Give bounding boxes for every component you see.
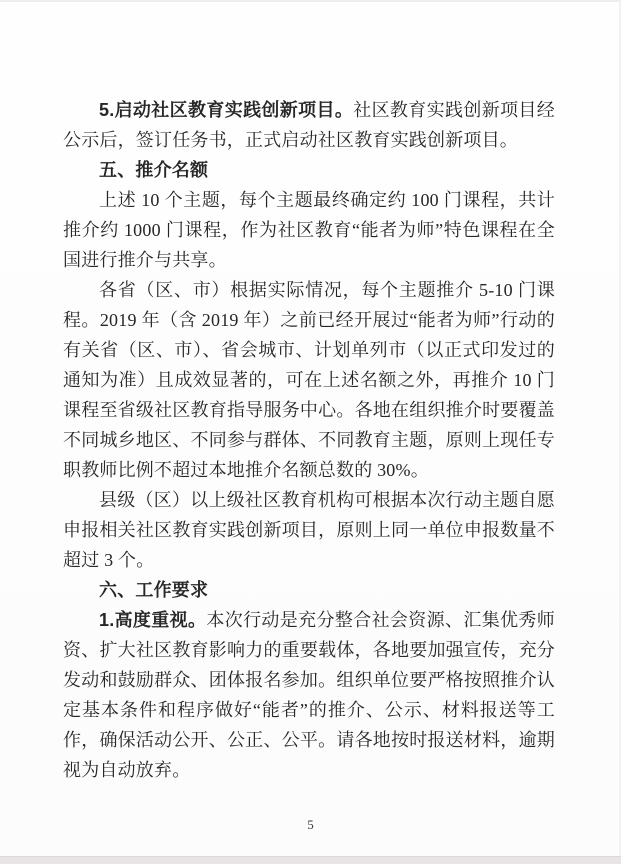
section-heading: 五、推介名额 (63, 155, 555, 185)
paragraph: 5.启动社区教育实践创新项目。社区教育实践创新项目经公示后，签订任务书，正式启动… (63, 95, 555, 155)
document-page: 5.启动社区教育实践创新项目。社区教育实践创新项目经公示后，签订任务书，正式启动… (0, 0, 621, 864)
bold-lead: 1.高度重视。 (99, 610, 206, 630)
section-heading: 六、工作要求 (63, 575, 555, 605)
document-body: 5.启动社区教育实践创新项目。社区教育实践创新项目经公示后，签订任务书，正式启动… (63, 95, 555, 785)
page-number: 5 (0, 817, 621, 833)
scan-top-edge (0, 0, 621, 2)
scan-bottom-edge (0, 856, 621, 864)
paragraph: 上述 10 个主题，每个主题最终确定约 100 门课程，共计推介约 1000 门… (63, 185, 555, 275)
bold-lead: 5.启动社区教育实践创新项目。 (99, 100, 353, 120)
paragraph: 县级（区）以上级社区教育机构可根据本次行动主题自愿申报相关社区教育实践创新项目，… (63, 485, 555, 575)
paragraph: 1.高度重视。本次行动是充分整合社会资源、汇集优秀师资、扩大社区教育影响力的重要… (63, 605, 555, 785)
paragraph-text: 本次行动是充分整合社会资源、汇集优秀师资、扩大社区教育影响力的重要载体，各地要加… (63, 610, 555, 780)
scan-artifact (539, 734, 544, 737)
paragraph: 各省（区、市）根据实际情况，每个主题推介 5-10 门课程。2019 年（含 2… (63, 275, 555, 485)
